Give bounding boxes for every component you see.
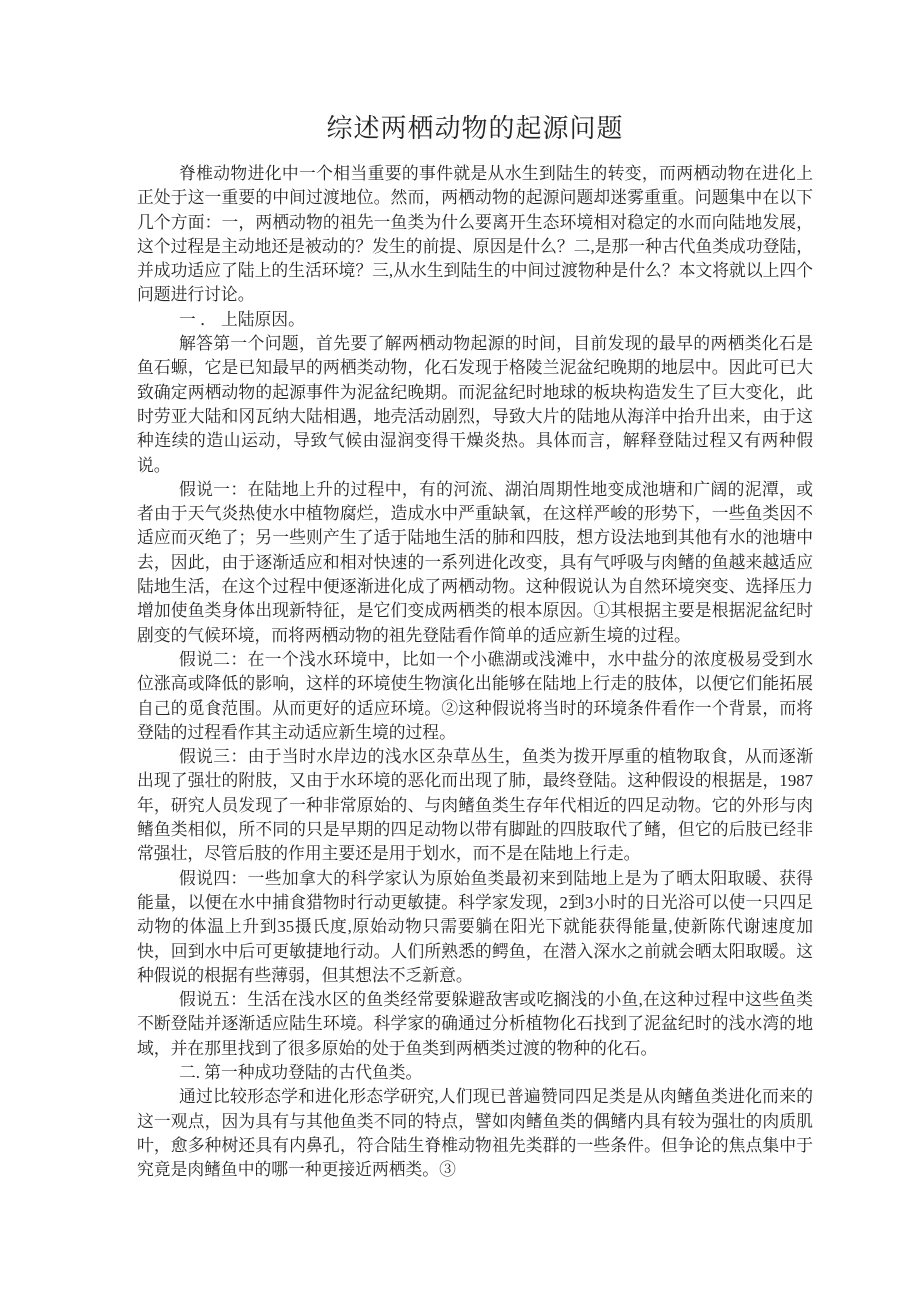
- document-page: 综述两栖动物的起源问题 脊椎动物进化中一个相当重要的事件就是从水生到陆生的转变，…: [0, 0, 920, 1302]
- hypothesis-2-paragraph: 假说二：在一个浅水环境中，比如一个小礁湖或浅滩中，水中盐分的浓度极易受到水位涨高…: [137, 648, 813, 745]
- section-1-heading: 一 ． 上陆原因。: [137, 308, 813, 332]
- document-title: 综述两栖动物的起源问题: [137, 110, 813, 148]
- hypothesis-1-paragraph: 假说一：在陆地上升的过程中，有的河流、湖泊周期性地变成池塘和广阔的泥潭，或者由于…: [137, 478, 813, 648]
- document-body: 脊椎动物进化中一个相当重要的事件就是从水生到陆生的转变，而两栖动物在进化上正处于…: [137, 162, 813, 1182]
- section-1-paragraph: 解答第一个问题，首先要了解两栖动物起源的时间，目前发现的最早的两栖类化石是鱼石螈…: [137, 332, 813, 478]
- section-2-paragraph: 通过比较形态学和进化形态学研究,人们现已普遍赞同四足类是从肉鳍鱼类进化而来的这一…: [137, 1085, 813, 1182]
- document-content: 综述两栖动物的起源问题 脊椎动物进化中一个相当重要的事件就是从水生到陆生的转变，…: [137, 110, 813, 1182]
- hypothesis-4-paragraph: 假说四：一些加拿大的科学家认为原始鱼类最初来到陆地上是为了晒太阳取暖、获得能量，…: [137, 867, 813, 988]
- hypothesis-5-paragraph: 假说五：生活在浅水区的鱼类经常要躲避敌害或吃搁浅的小鱼,在这种过程中这些鱼类不断…: [137, 988, 813, 1061]
- hypothesis-3-paragraph: 假说三：由于当时水岸边的浅水区杂草丛生，鱼类为拨开厚重的植物取食，从而逐渐出现了…: [137, 745, 813, 866]
- section-2-heading: 二. 第一种成功登陆的古代鱼类。: [137, 1061, 813, 1085]
- intro-paragraph: 脊椎动物进化中一个相当重要的事件就是从水生到陆生的转变，而两栖动物在进化上正处于…: [137, 162, 813, 308]
